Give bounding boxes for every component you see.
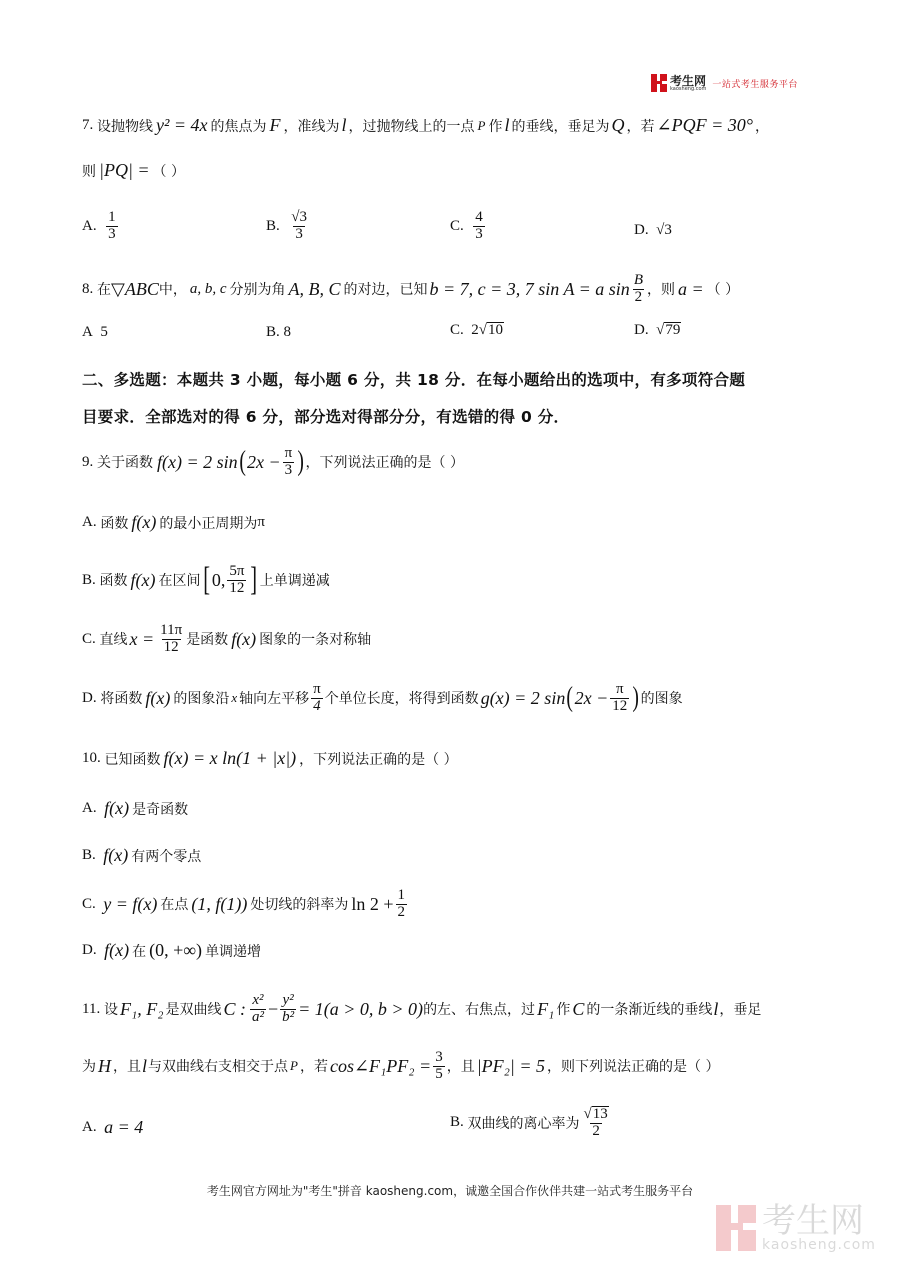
q11-cos: cos∠F₁PF₂ = xyxy=(330,1056,431,1077)
q11-text: ，垂足 xyxy=(719,999,761,1019)
answer-blank: （ ） xyxy=(707,279,739,299)
q10-option-d[interactable]: D. f(x) 在 (0, +∞) 单调递增 xyxy=(82,940,261,961)
q11-text: 作 xyxy=(556,999,570,1019)
option-text: 是奇函数 xyxy=(132,799,188,819)
option-label: B. xyxy=(82,847,96,864)
sqrt-icon: √ xyxy=(584,1107,592,1123)
q11-option-a[interactable]: A. a = 4 xyxy=(82,1117,143,1138)
option-text: 双曲线的离心率为 xyxy=(468,1113,580,1133)
radicand: 13 xyxy=(592,1106,609,1123)
option-interval: (0, +∞) xyxy=(149,940,202,961)
fraction-num: 3 xyxy=(433,1050,445,1066)
q9-number: 9. xyxy=(82,454,93,471)
q11-l: l xyxy=(713,999,718,1020)
q9-stem: 9. 关于函数 f(x) = 2 sin ( 2x − π3 ) ，下列说法正确… xyxy=(82,446,464,479)
q10-option-c[interactable]: C. y = f(x) 在点 (1, f(1)) 处切线的斜率为 ln 2 + … xyxy=(82,888,409,921)
option-func: y = f(x) xyxy=(103,894,157,915)
q8-option-c[interactable]: C. 2 √10 xyxy=(450,322,504,339)
logo-slogan: 一站式考生服务平台 xyxy=(712,77,798,90)
q7-text: ， xyxy=(755,116,769,136)
fraction-den: 3 xyxy=(293,226,305,243)
option-label: A. xyxy=(82,218,97,235)
fraction-den: 12 xyxy=(610,698,629,715)
q7-angle: ∠PQF = 30° xyxy=(657,115,753,136)
q11-text: 设 xyxy=(104,999,118,1019)
fraction-den: 2 xyxy=(590,1123,602,1140)
q8-option-d[interactable]: D. √79 xyxy=(634,322,681,339)
fraction-den: 5 xyxy=(433,1066,445,1083)
fraction-num: 1 xyxy=(106,210,118,226)
sqrt-icon: √ xyxy=(656,322,664,339)
q8-given: b = 7, c = 3, 7 sin A = a sin xyxy=(430,279,630,300)
q8-text: ，则 xyxy=(647,279,675,299)
q8-ask: a = xyxy=(678,279,704,300)
option-axis: x xyxy=(231,690,237,706)
q10-option-b[interactable]: B. f(x) 有两个零点 xyxy=(82,845,201,866)
fraction-num: √3 xyxy=(289,210,309,226)
q9-text: ，下列说法正确的是（ ） xyxy=(306,452,464,472)
q11-option-b[interactable]: B. 双曲线的离心率为 √13 2 xyxy=(450,1106,613,1140)
watermark-logo: 考生网 kaosheng.com xyxy=(716,1204,876,1252)
q9-option-b[interactable]: B. 函数 f(x) 在区间 [ 0, 5π12 ] 上单调递减 xyxy=(82,563,330,597)
q8-triangle: ▽ABC xyxy=(111,279,159,300)
option-text: 函数 xyxy=(100,513,128,533)
option-label: C. xyxy=(82,631,96,648)
q10-text: ，下列说法正确的是（ ） xyxy=(299,749,457,769)
q9-func: f(x) = 2 sin xyxy=(157,452,238,473)
fraction-num: y² xyxy=(281,993,296,1009)
q7-text: 的垂线，垂足为 xyxy=(512,116,610,136)
option-text: 有两个零点 xyxy=(131,846,201,866)
q11-curve: C : xyxy=(223,999,246,1020)
q9-option-c[interactable]: C. 直线 x = 11π12 是函数 f(x) 图象的一条对称轴 xyxy=(82,623,371,656)
q11-pf2: |PF₂| = 5 xyxy=(477,1056,545,1077)
q7-text: ，准线为 xyxy=(284,116,340,136)
radicand: 79 xyxy=(664,322,681,339)
q11-text: 与双曲线右支相交于点 xyxy=(148,1056,288,1076)
q10-text: 已知函数 xyxy=(105,749,161,769)
option-expr: ln 2 + xyxy=(351,894,393,915)
option-label: C. xyxy=(82,896,96,913)
option-value: 8 xyxy=(284,324,292,341)
option-label: B. xyxy=(266,218,280,235)
q10-stem: 10. 已知函数 f(x) = x ln(1 + |x|) ，下列说法正确的是（… xyxy=(82,748,458,769)
q11-stem-line2: 为 H ，且 l 与双曲线右支相交于点 P ，若 cos∠F₁PF₂ = 35 … xyxy=(82,1050,719,1083)
q11-text: 为 xyxy=(82,1056,96,1076)
q11-h: H xyxy=(98,1056,111,1077)
q11-text: ，且 xyxy=(113,1056,141,1076)
option-text: 图象的一条对称轴 xyxy=(259,629,371,649)
fraction-den: b² xyxy=(280,1009,296,1026)
q11-stem-line1: 11. 设 F₁, F₂ 是双曲线 C : x²a² − y²b² = 1(a … xyxy=(82,993,761,1026)
q9-inner: 2x − xyxy=(247,452,281,473)
watermark-cn: 考生网 xyxy=(762,1204,876,1238)
option-text: 直线 xyxy=(100,629,128,649)
option-text: 在区间 xyxy=(159,570,201,590)
q7-option-b[interactable]: B. √33 xyxy=(266,210,311,243)
q8-sides: a, b, c xyxy=(190,281,227,298)
q11-f1: F₁ xyxy=(537,999,554,1020)
option-func: f(x) xyxy=(104,798,129,819)
radicand: 10 xyxy=(487,322,504,339)
q9-text: 关于函数 xyxy=(97,452,153,472)
option-text: 的最小正周期为 xyxy=(159,513,257,533)
option-coef: 2 xyxy=(471,322,479,339)
option-expr: a = 4 xyxy=(104,1117,143,1138)
option-text: 是函数 xyxy=(186,629,228,649)
q7-parabola-eq: y² = 4x xyxy=(156,115,208,136)
option-text: 上单调递减 xyxy=(260,570,330,590)
option-inner: 2x − xyxy=(575,688,609,709)
option-text: 在 xyxy=(132,941,146,961)
fraction-den: 4 xyxy=(311,698,323,715)
q11-c: C xyxy=(572,999,584,1020)
option-label: D. xyxy=(82,942,97,959)
q8-text: 分别为角 xyxy=(230,279,286,299)
q7-stem-line1: 7. 设抛物线 y² = 4x 的焦点为 F ，准线为 l ，过抛物线上的一点 … xyxy=(82,115,769,136)
logo-cn: 考生网 xyxy=(670,75,706,87)
option-label: D. xyxy=(634,322,649,339)
q10-func: f(x) = x ln(1 + |x|) xyxy=(164,748,297,769)
q7-point-p: P xyxy=(478,118,486,134)
section2-title-line2: 目要求．全部选对的得 6 分，部分选对得部分分，有选错的得 0 分． xyxy=(82,405,569,427)
q8-text: 中， xyxy=(159,279,187,299)
q7-text: 的焦点为 xyxy=(211,116,267,136)
fraction-den: 3 xyxy=(283,462,295,479)
q9-option-a[interactable]: A. 函数 f(x) 的最小正周期为 π xyxy=(82,512,265,533)
q8-stem: 8. 在 ▽ABC 中， a, b, c 分别为角 A, B, C 的对边，已知… xyxy=(82,273,739,306)
q11-l: l xyxy=(142,1056,147,1077)
option-text: 处切线的斜率为 xyxy=(250,894,348,914)
option-label: A. xyxy=(82,800,97,817)
option-text: 的图象沿 xyxy=(173,688,229,708)
option-value: 5 xyxy=(100,324,108,341)
q11-minus: − xyxy=(268,999,278,1020)
q7-directrix: l xyxy=(505,115,510,136)
fraction-den: 2 xyxy=(396,904,408,921)
option-label: C. xyxy=(450,218,464,235)
q11-text: 是双曲线 xyxy=(165,999,221,1019)
option-func: f(x) xyxy=(103,845,128,866)
q7-text: 则 xyxy=(82,161,96,181)
q11-p: P xyxy=(290,1058,298,1074)
q10-number: 10. xyxy=(82,750,101,767)
q7-option-a[interactable]: A. 13 xyxy=(82,210,120,243)
option-tail: π xyxy=(257,514,265,531)
q7-option-d[interactable]: D. √3 xyxy=(634,222,672,239)
fraction-den: 3 xyxy=(106,226,118,243)
fraction-num: 4 xyxy=(473,210,485,226)
option-text: 将函数 xyxy=(100,688,142,708)
answer-blank: （ ） xyxy=(153,161,185,181)
option-func: f(x) xyxy=(104,940,129,961)
option-text: 个单位长度，将得到函数 xyxy=(325,688,479,708)
fraction-num: 11π xyxy=(158,623,184,639)
option-func: f(x) xyxy=(145,688,170,709)
q11-text: ，若 xyxy=(300,1056,328,1076)
fraction-den: 12 xyxy=(162,639,181,656)
fraction-num: 1 xyxy=(396,888,408,904)
q11-number: 11. xyxy=(82,1001,100,1018)
watermark-en: kaosheng.com xyxy=(762,1238,876,1252)
logo-mark-icon xyxy=(651,74,667,92)
option-label: A xyxy=(82,324,93,341)
q8-text: 的对边，已知 xyxy=(344,279,428,299)
option-label: A. xyxy=(82,1119,97,1136)
q7-focus: F xyxy=(270,115,281,136)
fraction-num: π xyxy=(311,682,323,698)
q7-number: 7. xyxy=(82,117,93,134)
option-eq: x = xyxy=(130,629,155,650)
fraction-den: 2 xyxy=(633,289,645,306)
q7-text: 作 xyxy=(489,116,503,136)
q11-text: 的左、右焦点，过 xyxy=(423,999,535,1019)
logo-en: kaosheng.com xyxy=(670,87,706,92)
section2-title-line1: 二、多选题：本题共 3 小题，每小题 6 分，共 18 分．在每小题给出的选项中… xyxy=(82,368,745,390)
fraction-num: B xyxy=(632,273,645,289)
option-point: (1, f(1)) xyxy=(191,894,247,915)
q7-text: ，若 xyxy=(627,116,655,136)
option-text: 函数 xyxy=(100,570,128,590)
q8-text: 在 xyxy=(97,279,111,299)
option-label: B. xyxy=(82,572,96,589)
q8-option-a[interactable]: A 5 xyxy=(82,324,108,341)
q7-text: 设抛物线 xyxy=(97,116,153,136)
option-label: D. xyxy=(82,690,97,707)
q7-stem-line2: 则 |PQ| = （ ） xyxy=(82,160,185,181)
page-footer: 考生网官方网址为"考生"拼音 kaosheng.com，诚邀全国合作伙伴共建一站… xyxy=(0,1182,900,1199)
q11-text: ，且 xyxy=(447,1056,475,1076)
option-text: 在点 xyxy=(160,894,188,914)
option-g-func: g(x) = 2 sin xyxy=(481,688,566,709)
watermark-mark-icon xyxy=(716,1205,756,1251)
q7-directrix: l xyxy=(342,115,347,136)
q7-text: ，过抛物线上的一点 xyxy=(349,116,475,136)
option-text: 轴向左平移 xyxy=(239,688,309,708)
option-text: 单调递增 xyxy=(205,941,261,961)
fraction-num: 5π xyxy=(227,564,246,580)
option-label: A. xyxy=(82,514,97,531)
q11-eq-rest: = 1(a > 0, b > 0) xyxy=(298,999,423,1020)
q11-foci: F₁, F₂ xyxy=(120,999,164,1020)
q7-option-c[interactable]: C. 43 xyxy=(450,210,487,243)
option-func: f(x) xyxy=(131,512,156,533)
q9-option-d[interactable]: D. 将函数 f(x) 的图象沿 x 轴向左平移 π4 个单位长度，将得到函数 … xyxy=(82,682,683,715)
fraction-den: 3 xyxy=(473,226,485,243)
option-label: C. xyxy=(450,322,464,339)
option-func: f(x) xyxy=(131,570,156,591)
q11-text: 的一条渐近线的垂线 xyxy=(586,999,712,1019)
sqrt-icon: √ xyxy=(479,322,487,339)
option-value: √3 xyxy=(656,222,672,239)
q8-angles: A, B, C xyxy=(289,279,341,300)
option-func: f(x) xyxy=(231,629,256,650)
q11-text: ，则下列说法正确的是（ ） xyxy=(547,1056,719,1076)
fraction-num: x² xyxy=(250,993,265,1009)
header-logo: 考生网 kaosheng.com 一站式考生服务平台 xyxy=(651,73,798,93)
fraction-den: a² xyxy=(250,1009,266,1026)
q8-number: 8. xyxy=(82,281,93,298)
q7-ask-expr: |PQ| = xyxy=(99,160,150,181)
option-label: B. xyxy=(266,324,280,341)
interval-start: 0, xyxy=(212,570,226,591)
option-label: D. xyxy=(634,222,649,239)
option-text: 的图象 xyxy=(641,688,683,708)
fraction-num: π xyxy=(614,682,626,698)
fraction-den: 12 xyxy=(227,580,246,597)
q10-option-a[interactable]: A. f(x) 是奇函数 xyxy=(82,798,188,819)
option-label: B. xyxy=(450,1114,464,1131)
q8-option-b[interactable]: B. 8 xyxy=(266,324,291,341)
fraction-num: π xyxy=(283,446,295,462)
q7-point-q: Q xyxy=(612,115,625,136)
